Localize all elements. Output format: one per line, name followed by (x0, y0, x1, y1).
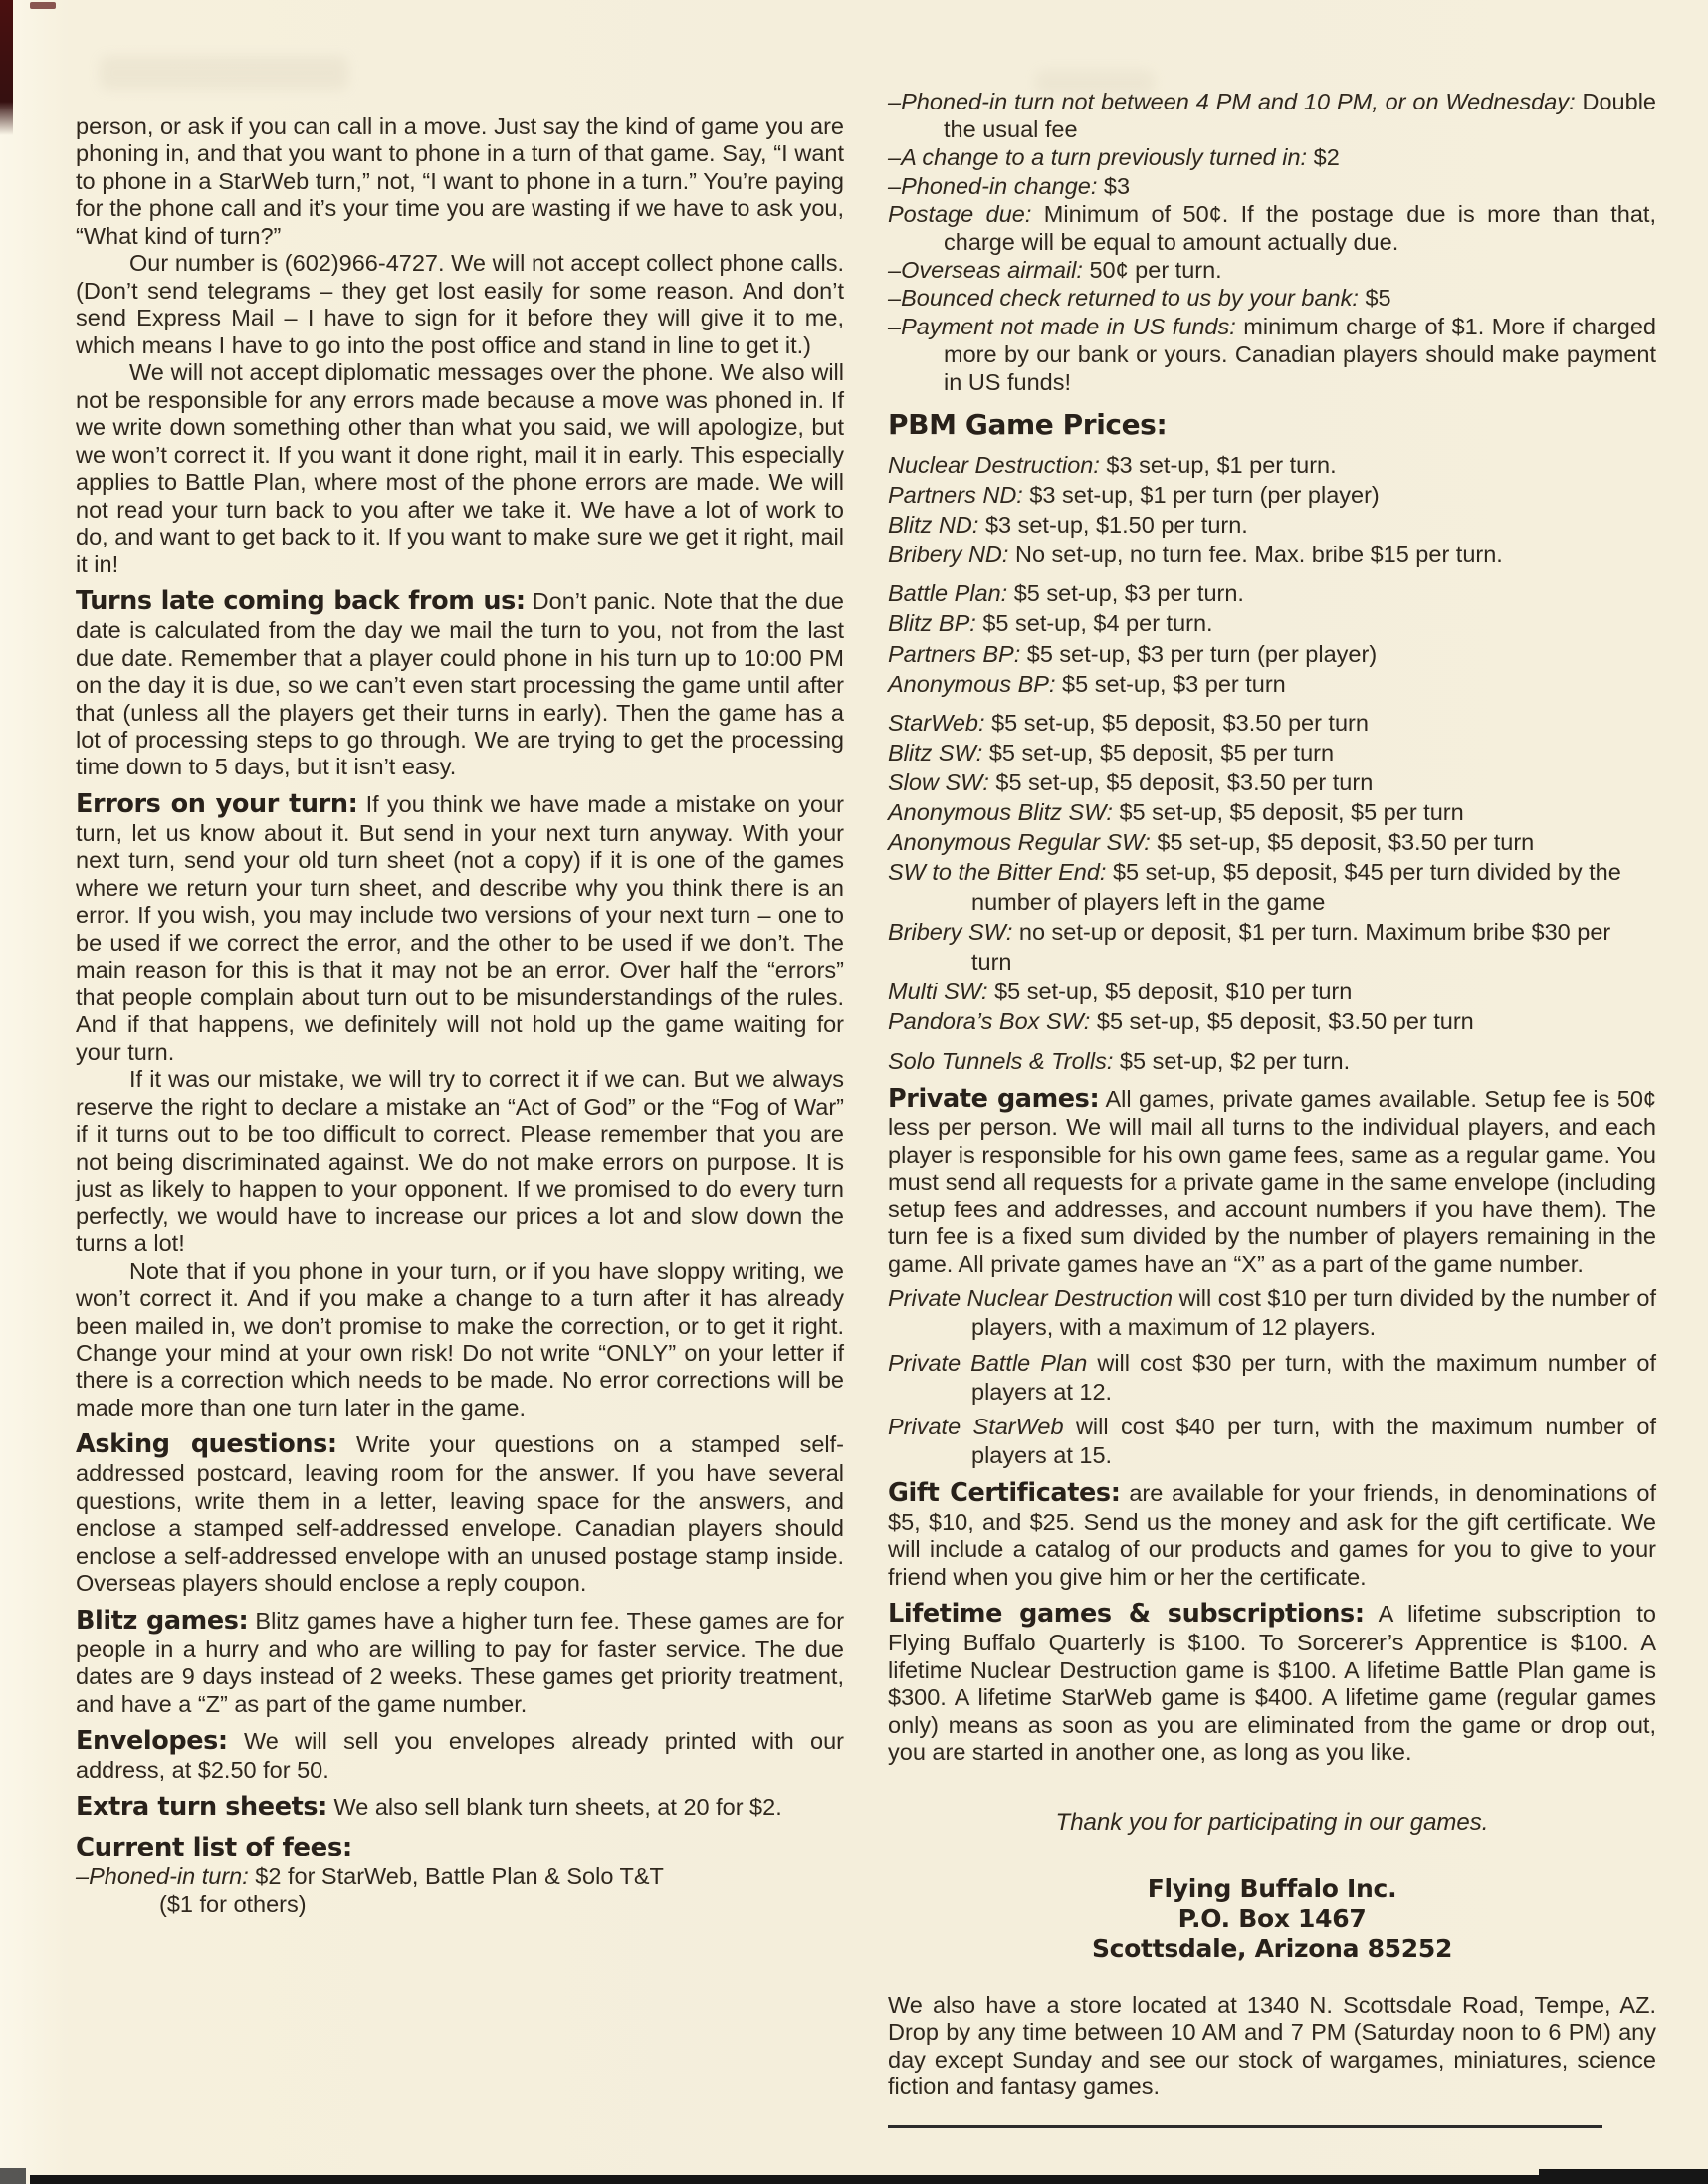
fee-item: –Overseas airmail: 50¢ per turn. (888, 256, 1656, 284)
price-text: $3 set-up, $1 per turn. (1106, 452, 1336, 478)
fee-label: Postage due: (888, 201, 1031, 227)
price-text: $5 set-up, $5 deposit, $3.50 per turn (1157, 829, 1534, 855)
left-column: person, or ask if you can call in a move… (76, 88, 844, 2128)
section-private-games: Private games: All games, private games … (888, 1085, 1656, 1279)
price-text: $3 set-up, $1.50 per turn. (985, 512, 1248, 538)
section-heading: Extra turn sheets: (76, 1792, 327, 1822)
fee-item: –Payment not made in US funds: minimum c… (888, 313, 1656, 397)
price-group-solo: Solo Tunnels & Trolls: $5 set-up, $2 per… (888, 1046, 1656, 1076)
price-line: Anonymous Regular SW: $5 set-up, $5 depo… (888, 827, 1656, 857)
address-line: Flying Buffalo Inc. (888, 1874, 1656, 1904)
price-line: Bribery SW: no set-up or deposit, $1 per… (888, 917, 1656, 977)
game-name: Anonymous Blitz SW: (888, 799, 1113, 825)
scan-edge-mark (0, 0, 13, 135)
scan-corner-mark (0, 2168, 26, 2184)
paragraph: Our number is (602)966-4727. We will not… (76, 250, 844, 359)
scanned-newsletter-page: person, or ask if you can call in a move… (0, 0, 1708, 2184)
fee-text: $2 (1314, 144, 1340, 170)
section-heading: Blitz games: (76, 1606, 248, 1636)
section-heading: Private games: (888, 1084, 1099, 1114)
price-text: $5 set-up, $4 per turn. (982, 610, 1212, 636)
game-name: Private StarWeb (888, 1414, 1064, 1439)
fee-item: –Bounced check returned to us by your ba… (888, 284, 1656, 312)
address-line: P.O. Box 1467 (888, 1904, 1656, 1934)
game-name: Anonymous BP: (888, 671, 1056, 697)
price-line: Blitz SW: $5 set-up, $5 deposit, $5 per … (888, 738, 1656, 767)
fee-item: –Phoned-in change: $3 (888, 172, 1656, 200)
section-blitz-games: Blitz games: Blitz games have a higher t… (76, 1607, 844, 1718)
price-line: Blitz BP: $5 set-up, $4 per turn. (888, 608, 1656, 638)
price-line: Pandora’s Box SW: $5 set-up, $5 deposit,… (888, 1006, 1656, 1036)
store-info-paragraph: We also have a store located at 1340 N. … (888, 1992, 1656, 2101)
section-errors: Errors on your turn: If you think we hav… (76, 790, 844, 1066)
fee-text: $2 for StarWeb, Battle Plan & Solo T&T (255, 1863, 664, 1889)
game-name: Blitz SW: (888, 740, 982, 765)
game-name: Private Battle Plan (888, 1350, 1087, 1376)
section-lifetime: Lifetime games & subscriptions: A lifeti… (888, 1600, 1656, 1766)
fee-item: Postage due: Minimum of 50¢. If the post… (888, 200, 1656, 256)
private-game-line: Private Nuclear Destruction will cost $1… (888, 1284, 1656, 1342)
game-name: Partners BP: (888, 641, 1020, 667)
game-name: Blitz ND: (888, 512, 978, 538)
price-text: will cost $40 per turn, with the maximum… (971, 1414, 1656, 1468)
scan-speck (30, 2, 56, 9)
paragraph: Note that if you phone in your turn, or … (76, 1258, 844, 1422)
right-column: –Phoned-in turn not between 4 PM and 10 … (888, 88, 1656, 2128)
section-extra-turn-sheets: Extra turn sheets: We also sell blank tu… (76, 1793, 844, 1823)
game-name: Private Nuclear Destruction (888, 1285, 1173, 1311)
fee-item: –A change to a turn previously turned in… (888, 143, 1656, 171)
scan-smudge (100, 56, 348, 90)
section-asking-questions: Asking questions: Write your questions o… (76, 1430, 844, 1597)
game-name: StarWeb: (888, 710, 985, 736)
section-heading: Gift Certificates: (888, 1478, 1121, 1508)
price-line: Anonymous BP: $5 set-up, $3 per turn (888, 669, 1656, 699)
game-name: Blitz BP: (888, 610, 976, 636)
fee-label: –A change to a turn previously turned in… (888, 144, 1307, 170)
game-name: Solo Tunnels & Trolls: (888, 1048, 1113, 1074)
game-name: Slow SW: (888, 769, 989, 795)
price-line: Bribery ND: No set-up, no turn fee. Max.… (888, 540, 1656, 569)
pbm-game-prices-heading: PBM Game Prices: (888, 408, 1656, 441)
fee-label: –Payment not made in US funds: (888, 314, 1236, 339)
price-line: Multi SW: $5 set-up, $5 deposit, $10 per… (888, 977, 1656, 1006)
paragraph: person, or ask if you can call in a move… (76, 113, 844, 250)
price-text: $5 set-up, $2 per turn. (1120, 1048, 1350, 1074)
price-text: no set-up or deposit, $1 per turn. Maxim… (971, 919, 1610, 975)
section-gift-certificates: Gift Certificates: are available for you… (888, 1479, 1656, 1591)
section-envelopes: Envelopes: We will sell you envelopes al… (76, 1727, 844, 1784)
price-text: No set-up, no turn fee. Max. bribe $15 p… (1015, 542, 1503, 567)
price-line: Anonymous Blitz SW: $5 set-up, $5 deposi… (888, 797, 1656, 827)
fee-label: –Phoned-in turn not between 4 PM and 10 … (888, 89, 1576, 114)
price-group-bp: Battle Plan: $5 set-up, $3 per turn. Bli… (888, 578, 1656, 698)
price-text: $3 set-up, $1 per turn (per player) (1029, 482, 1379, 508)
price-line: Battle Plan: $5 set-up, $3 per turn. (888, 578, 1656, 608)
section-heading: Lifetime games & subscriptions: (888, 1599, 1365, 1629)
thank-you-line: Thank you for participating in our games… (888, 1809, 1656, 1837)
section-turns-late: Turns late coming back from us: Don’t pa… (76, 587, 844, 781)
price-text: $5 set-up, $5 deposit, $3.50 per turn (991, 710, 1369, 736)
game-name: Partners ND: (888, 482, 1023, 508)
game-name: Bribery SW: (888, 919, 1012, 945)
fee-label: –Overseas airmail: (888, 257, 1083, 283)
fee-item: –Phoned-in turn: $2 for StarWeb, Battle … (76, 1862, 844, 1890)
fees-list-heading: Current list of fees: (76, 1833, 844, 1862)
price-group-sw: StarWeb: $5 set-up, $5 deposit, $3.50 pe… (888, 708, 1656, 1037)
price-text: $5 set-up, $5 deposit, $10 per turn (994, 979, 1352, 1004)
price-line: Blitz ND: $3 set-up, $1.50 per turn. (888, 510, 1656, 540)
paragraph: If it was our mistake, we will try to co… (76, 1066, 844, 1257)
scan-smudge (1035, 70, 1155, 96)
section-text: We also sell blank turn sheets, at 20 fo… (334, 1794, 782, 1820)
section-heading: Envelopes: (76, 1726, 228, 1756)
price-line: StarWeb: $5 set-up, $5 deposit, $3.50 pe… (888, 708, 1656, 738)
section-text: All games, private games available. Setu… (888, 1086, 1656, 1277)
two-column-layout: person, or ask if you can call in a move… (0, 0, 1708, 2128)
divider-rule (888, 2125, 1602, 2128)
price-line: Partners ND: $3 set-up, $1 per turn (per… (888, 480, 1656, 510)
game-name: Pandora’s Box SW: (888, 1008, 1090, 1034)
price-line: Nuclear Destruction: $3 set-up, $1 per t… (888, 450, 1656, 480)
price-line: SW to the Bitter End: $5 set-up, $5 depo… (888, 857, 1656, 917)
game-name: Nuclear Destruction: (888, 452, 1100, 478)
paragraph: We will not accept diplomatic messages o… (76, 359, 844, 578)
section-text: Don’t panic. Note that the due date is c… (76, 588, 844, 779)
price-text: $5 set-up, $5 deposit, $3.50 per turn (1097, 1008, 1474, 1034)
private-game-line: Private Battle Plan will cost $30 per tu… (888, 1349, 1656, 1407)
price-line: Partners BP: $5 set-up, $3 per turn (per… (888, 639, 1656, 669)
game-name: Battle Plan: (888, 580, 1007, 606)
section-heading: Turns late coming back from us: (76, 586, 526, 616)
price-line: Solo Tunnels & Trolls: $5 set-up, $2 per… (888, 1046, 1656, 1076)
price-text: $5 set-up, $5 deposit, $5 per turn (1119, 799, 1463, 825)
fee-text: $3 (1104, 173, 1130, 199)
price-text: $5 set-up, $5 deposit, $5 per turn (989, 740, 1334, 765)
company-address-block: Flying Buffalo Inc. P.O. Box 1467 Scotts… (888, 1874, 1656, 1964)
fee-text: 50¢ per turn. (1089, 257, 1221, 283)
game-name: Anonymous Regular SW: (888, 829, 1151, 855)
address-line: Scottsdale, Arizona 85252 (888, 1934, 1656, 1964)
section-heading: Errors on your turn: (76, 789, 357, 819)
price-text: $5 set-up, $3 per turn (1062, 671, 1286, 697)
game-name: Multi SW: (888, 979, 988, 1004)
game-name: Bribery ND: (888, 542, 1008, 567)
fee-text: $5 (1365, 285, 1390, 311)
fee-text: Minimum of 50¢. If the postage due is mo… (944, 201, 1656, 255)
fee-label: –Phoned-in turn: (76, 1863, 249, 1889)
price-text: $5 set-up, $3 per turn (per player) (1027, 641, 1377, 667)
fee-label: –Phoned-in change: (888, 173, 1097, 199)
price-text: $5 set-up, $3 per turn. (1014, 580, 1244, 606)
scan-bottom-bar (30, 2175, 1708, 2184)
private-game-line: Private StarWeb will cost $40 per turn, … (888, 1413, 1656, 1470)
scan-bottom-bar-right (1539, 2169, 1708, 2184)
section-heading: Asking questions: (76, 1429, 337, 1459)
game-name: SW to the Bitter End: (888, 859, 1106, 885)
price-line: Slow SW: $5 set-up, $5 deposit, $3.50 pe… (888, 767, 1656, 797)
fee-item: –Phoned-in turn not between 4 PM and 10 … (888, 88, 1656, 143)
section-text: If you think we have made a mistake on y… (76, 791, 844, 1065)
fee-label: –Bounced check returned to us by your ba… (888, 285, 1359, 311)
fee-item-continuation: ($1 for others) (76, 1890, 844, 1918)
price-group-nd: Nuclear Destruction: $3 set-up, $1 per t… (888, 450, 1656, 569)
price-text: $5 set-up, $5 deposit, $3.50 per turn (995, 769, 1373, 795)
